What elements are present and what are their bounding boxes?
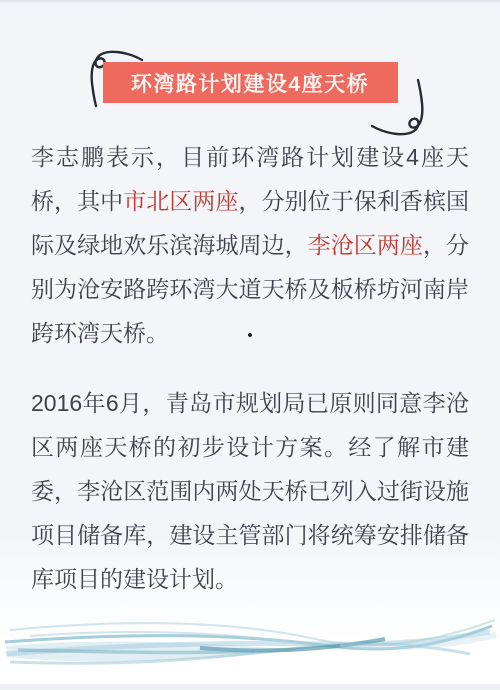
article-body: 李志鹏表示，目前环湾路计划建设4座天桥，其中市北区两座，分别位于保利香槟国际及绿… xyxy=(31,135,469,601)
article-page: 环湾路计划建设4座天桥 李志鹏表示，目前环湾路计划建设4座天桥，其中市北区两座，… xyxy=(0,0,500,690)
bottom-edge-strip xyxy=(0,684,500,690)
paragraph-1: 李志鹏表示，目前环湾路计划建设4座天桥，其中市北区两座，分别位于保利香槟国际及绿… xyxy=(31,135,469,355)
highlighted-text: 市北区两座 xyxy=(123,188,238,214)
top-edge-divider xyxy=(0,0,500,3)
paragraph-2: 2016年6月，青岛市规划局已原则同意李沧区两座天桥的初步设计方案。经了解市建委… xyxy=(31,381,469,601)
highlighted-text: 李沧区两座 xyxy=(308,232,423,258)
title-banner-wrap: 环湾路计划建设4座天桥 xyxy=(103,62,398,103)
wave-brush-decoration xyxy=(0,602,500,684)
page-title: 环湾路计划建设4座天桥 xyxy=(103,62,398,103)
